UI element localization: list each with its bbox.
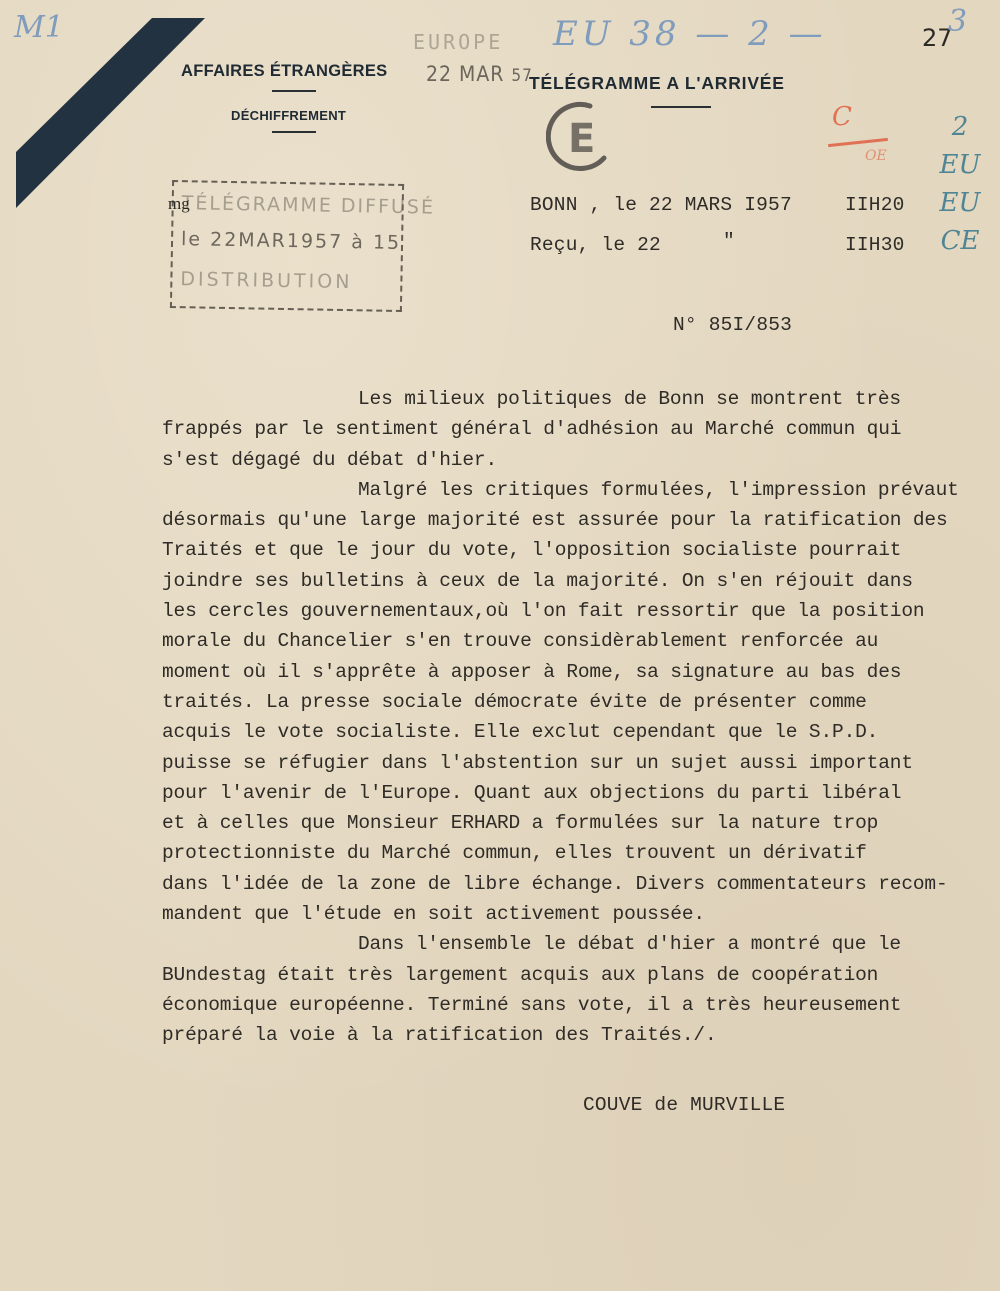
divider bbox=[272, 90, 316, 92]
body-line: Traités et que le jour du vote, l'opposi… bbox=[162, 535, 992, 565]
received-time: IIH30 bbox=[845, 234, 905, 256]
handwritten-initials: M1 bbox=[14, 10, 64, 45]
body-line: acquis le vote socialiste. Elle exclut c… bbox=[162, 717, 992, 747]
body-line: protectionniste du Marché commun, elles … bbox=[162, 838, 992, 868]
signature: COUVE de MURVILLE bbox=[583, 1094, 785, 1116]
body-line: préparé la voie à la ratification des Tr… bbox=[162, 1020, 992, 1050]
stamp-line: le 22MAR1957 à 15 bbox=[181, 228, 401, 254]
origin-line: BONN , le 22 MARS I957 bbox=[530, 194, 792, 216]
received-line: Reçu, le 22 bbox=[530, 234, 661, 256]
body-line: Les milieux politiques de Bonn se montre… bbox=[162, 384, 992, 414]
body-line: dans l'idée de la zone de libre échange.… bbox=[162, 869, 992, 899]
body-line: moment où il s'apprête à apposer à Rome,… bbox=[162, 657, 992, 687]
body-line: frappés par le sentiment général d'adhés… bbox=[162, 414, 992, 444]
body-line: Dans l'ensemble le débat d'hier a montré… bbox=[162, 929, 992, 959]
telegram-body: Les milieux politiques de Bonn se montre… bbox=[162, 384, 992, 1051]
body-line: BUndestag était très largement acquis au… bbox=[162, 960, 992, 990]
department-heading: DÉCHIFFREMENT bbox=[231, 108, 346, 123]
body-line: joindre ses bulletins à ceux de la major… bbox=[162, 566, 992, 596]
body-line: Malgré les critiques formulées, l'impres… bbox=[162, 475, 992, 505]
body-line: s'est dégagé du débat d'hier. bbox=[162, 445, 992, 475]
body-line: traités. La presse sociale démocrate évi… bbox=[162, 687, 992, 717]
body-line: et à celles que Monsieur ERHARD a formul… bbox=[162, 808, 992, 838]
received-date-stamp: 22 MAR 57 bbox=[426, 62, 533, 86]
operator-initials: mg bbox=[168, 194, 190, 214]
body-line: désormais qu'une large majorité est assu… bbox=[162, 505, 992, 535]
telegram-title: TÉLÉGRAMME A L'ARRIVÉE bbox=[529, 73, 785, 94]
body-line: morale du Chancelier s'en trouve considè… bbox=[162, 626, 992, 656]
ditto-mark: " bbox=[723, 230, 735, 252]
margin-note: 2 bbox=[930, 108, 990, 146]
margin-distribution-notes: 2 EU EU CE bbox=[930, 108, 990, 260]
distribution-stamp: TÉLÉGRAMME DIFFUSÉ le 22MAR1957 à 15 DIS… bbox=[170, 180, 404, 312]
body-line: pour l'avenir de l'Europe. Quant aux obj… bbox=[162, 778, 992, 808]
body-line: puisse se réfugier dans l'abstention sur… bbox=[162, 748, 992, 778]
body-line: les cercles gouvernementaux,où l'on fait… bbox=[162, 596, 992, 626]
margin-note: CE bbox=[930, 222, 990, 260]
margin-note: EU bbox=[930, 146, 990, 184]
handwritten-reference: EU 38 — 2 — bbox=[553, 14, 827, 54]
body-line: mandent que l'étude en soit activement p… bbox=[162, 899, 992, 929]
red-pencil-mark: C bbox=[832, 102, 852, 132]
stamp-line: TÉLÉGRAMME DIFFUSÉ bbox=[182, 192, 436, 218]
body-line: économique européenne. Terminé sans vote… bbox=[162, 990, 992, 1020]
divider bbox=[272, 131, 316, 133]
divider bbox=[651, 106, 711, 108]
red-pencil-subscript: OE bbox=[865, 148, 887, 164]
ministry-heading: AFFAIRES ÉTRANGÈRES bbox=[181, 62, 387, 81]
svg-text:E: E bbox=[568, 116, 595, 162]
stamp-line: DISTRIBUTION bbox=[180, 268, 352, 293]
europe-stamp: EUROPE bbox=[413, 30, 503, 54]
telegram-number: N° 85I/853 bbox=[673, 314, 792, 336]
circle-e-stamp: E bbox=[546, 100, 618, 172]
stamp-date-main: 22 MAR bbox=[426, 62, 504, 86]
origin-time: IIH20 bbox=[845, 194, 905, 216]
handwritten-page-number: 3 bbox=[948, 4, 967, 39]
margin-note: EU bbox=[930, 184, 990, 222]
red-pencil-underline bbox=[828, 138, 888, 147]
